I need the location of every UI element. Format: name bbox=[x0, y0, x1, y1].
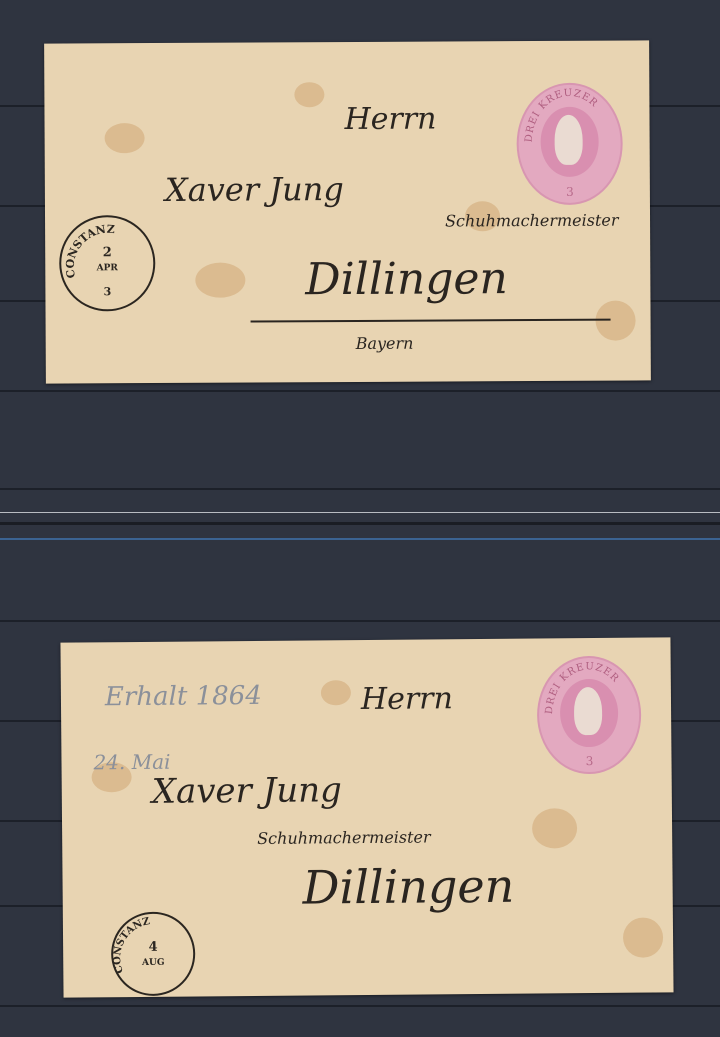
address-name: Xaver Jung bbox=[165, 170, 344, 209]
stamp-value: 3 bbox=[539, 754, 639, 769]
address-title: Schuhmachermeister bbox=[445, 211, 619, 231]
portrait-icon bbox=[554, 115, 582, 165]
address-name: Xaver Jung bbox=[152, 770, 342, 812]
portrait-icon bbox=[574, 687, 602, 735]
album-strip bbox=[0, 390, 720, 392]
postmark-month: APR bbox=[61, 263, 153, 273]
postmark-day: 2 bbox=[61, 245, 153, 260]
album-strip bbox=[0, 1005, 720, 1007]
foxing-stain bbox=[294, 82, 324, 107]
postmark-day: 4 bbox=[113, 940, 193, 956]
embossed-stamp: DREI KREUZER 3 bbox=[516, 83, 623, 206]
foxing-stain bbox=[195, 263, 245, 298]
postmark-hour: 3 bbox=[61, 285, 153, 298]
city-underline bbox=[251, 319, 611, 323]
address-city: Dillingen bbox=[302, 859, 514, 915]
address-salutation: Herrn bbox=[344, 102, 436, 137]
foxing-stain bbox=[532, 808, 577, 848]
envelope-bottom: DREI KREUZER 3 Erhalt 1864 24. Mai Herrn… bbox=[60, 637, 673, 997]
postmark-cancel: CONSTANZ 4 AUG bbox=[111, 912, 196, 997]
stamp-medallion bbox=[540, 107, 598, 177]
album-strip bbox=[0, 620, 720, 622]
address-region: Bayern bbox=[356, 334, 414, 353]
foxing-stain bbox=[623, 917, 663, 957]
embossed-stamp: DREI KREUZER 3 bbox=[537, 656, 642, 775]
address-city: Dillingen bbox=[305, 253, 508, 305]
address-salutation: Herrn bbox=[361, 681, 453, 717]
foxing-stain bbox=[321, 680, 351, 705]
album-divider-blue bbox=[0, 538, 720, 540]
album-divider-dark bbox=[0, 522, 720, 525]
pencil-note-date: 24. Mai bbox=[93, 750, 170, 775]
postmark-cancel: CONSTANZ 2 APR 3 bbox=[59, 215, 156, 312]
album-strip bbox=[0, 488, 720, 490]
pencil-note-received: Erhalt 1864 bbox=[105, 681, 262, 712]
album-divider-light bbox=[0, 512, 720, 513]
postmark-month: AUG bbox=[113, 958, 193, 969]
foxing-stain bbox=[105, 123, 145, 153]
stamp-medallion bbox=[560, 679, 619, 748]
stamp-value: 3 bbox=[519, 185, 621, 200]
envelope-top: DREI KREUZER 3 CONSTANZ 2 APR 3 Herrn Xa… bbox=[44, 40, 651, 383]
address-title: Schuhmachermeister bbox=[257, 827, 431, 848]
